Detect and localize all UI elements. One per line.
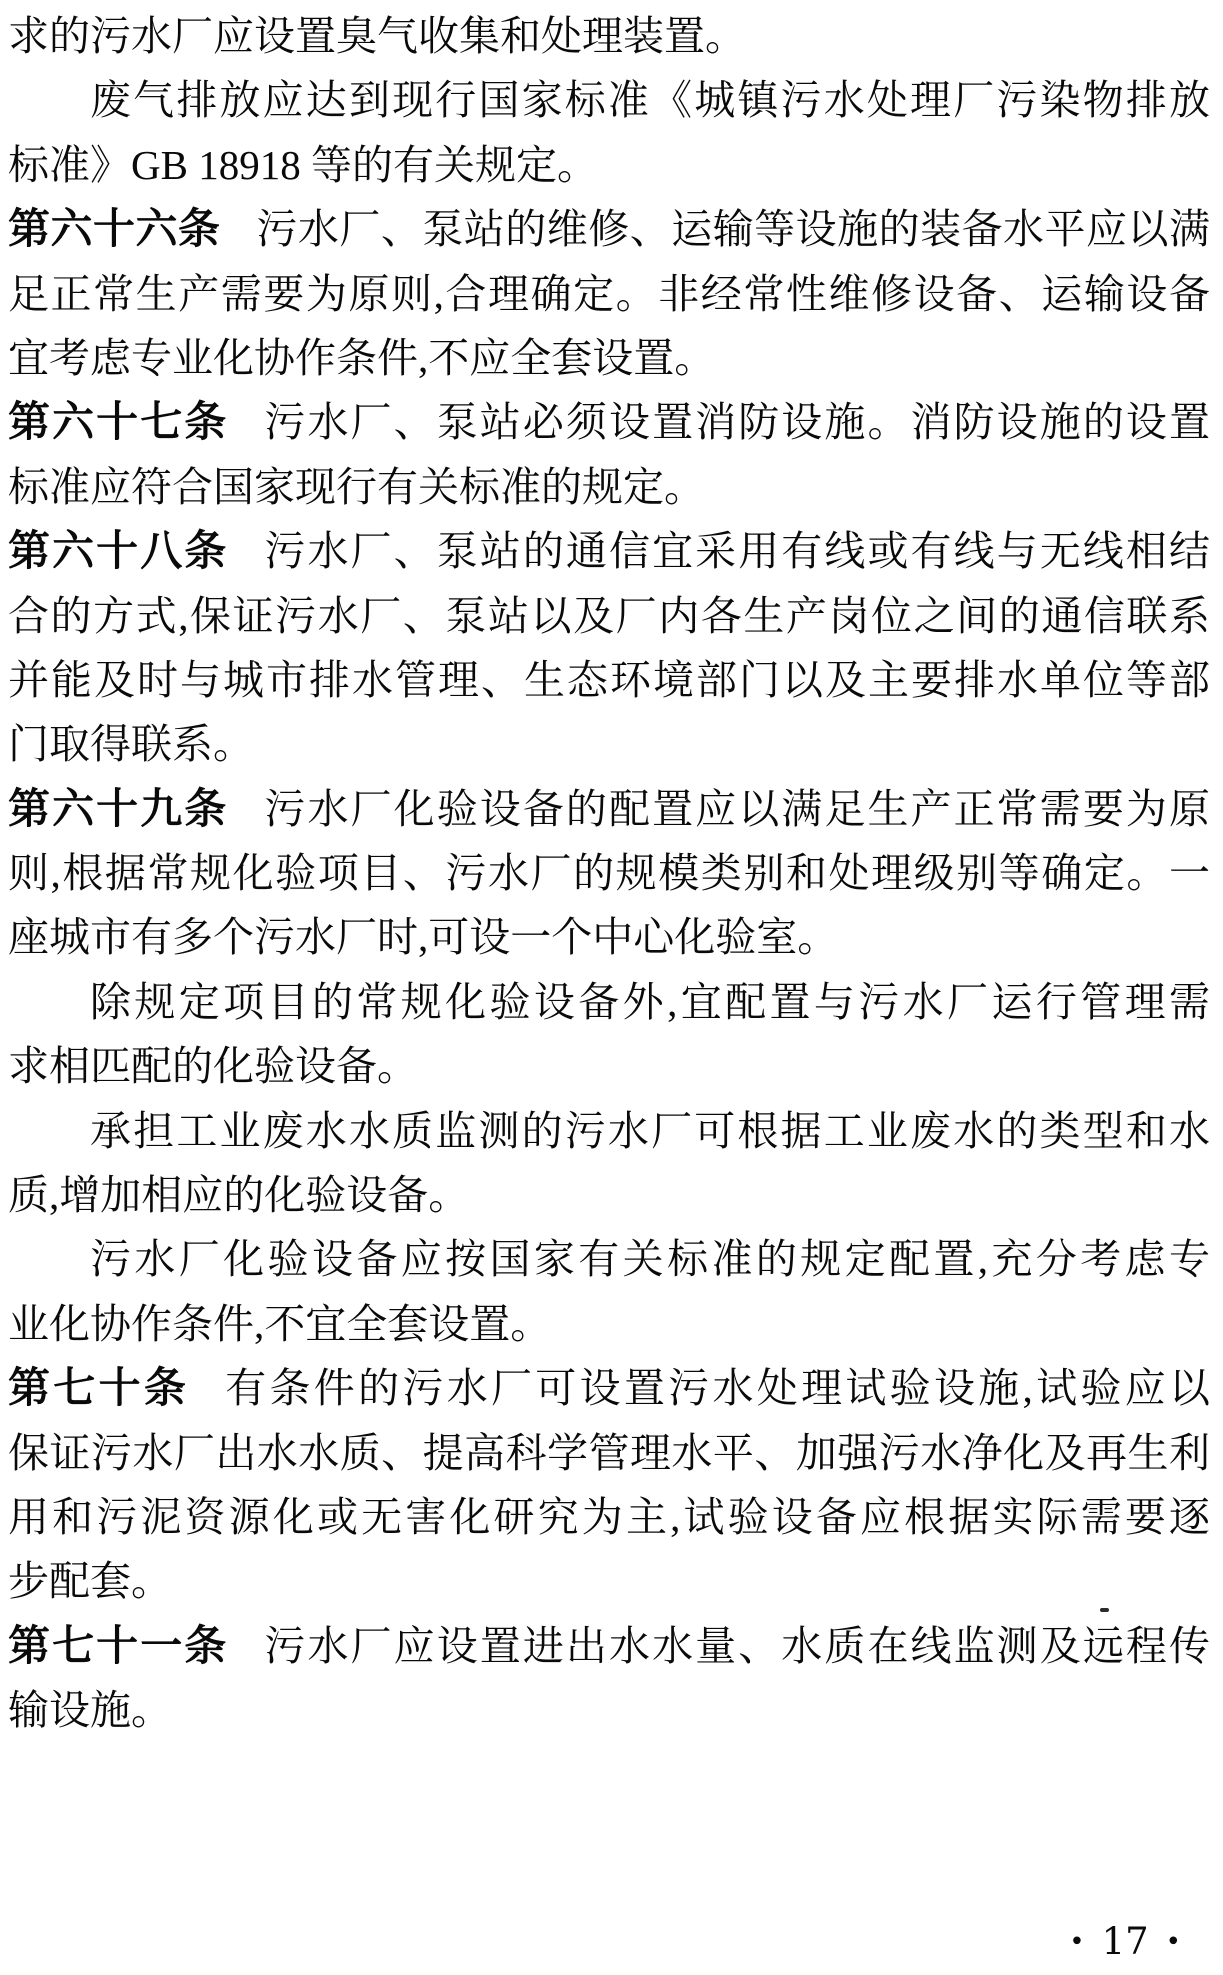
line-text: 求的污水厂应设置臭气收集和处理装置。 — [8, 13, 746, 59]
line-text: 合的方式,保证污水厂、泵站以及厂内各生产岗位之间的通信联系 — [8, 593, 1210, 639]
text-line: 求的污水厂应设置臭气收集和处理装置。 — [8, 4, 1210, 68]
line-text: 污水厂、泵站必须设置消防设施。消防设施的设置 — [264, 399, 1210, 445]
line-text: 保证污水厂出水水质、提高科学管理水平、加强污水净化及再生利 — [8, 1430, 1210, 1476]
article-line: 第七十条有条件的污水厂可设置污水处理试验设施,试验应以 — [8, 1356, 1210, 1420]
text-line: 污水厂化验设备应按国家有关标准的规定配置,充分考虑专 — [8, 1227, 1210, 1291]
article-line: 第六十九条污水厂化验设备的配置应以满足生产正常需要为原 — [8, 777, 1210, 841]
line-text: 废气排放应达到现行国家标准《城镇污水处理厂污染物排放 — [90, 77, 1210, 123]
line-text: 污水厂、泵站的通信宜采用有线或有线与无线相结 — [264, 528, 1210, 574]
text-line: 合的方式,保证污水厂、泵站以及厂内各生产岗位之间的通信联系 — [8, 584, 1210, 648]
article-number: 第七十条 — [8, 1364, 189, 1411]
line-text: 足正常生产需要为原则,合理确定。非经常性维修设备、运输设备 — [8, 271, 1210, 317]
article-line: 第六十八条污水厂、泵站的通信宜采用有线或有线与无线相结 — [8, 519, 1210, 583]
line-text: 输设施。 — [8, 1687, 172, 1733]
text-lines: 求的污水厂应设置臭气收集和处理装置。废气排放应达到现行国家标准《城镇污水处理厂污… — [8, 4, 1210, 1743]
line-text: 质,增加相应的化验设备。 — [8, 1172, 469, 1218]
line-text: 污水厂、泵站的维修、运输等设施的装备水平应以满 — [256, 206, 1210, 252]
page-footer: • 17 • — [1069, 1922, 1181, 1962]
text-line: 门取得联系。 — [8, 712, 1210, 776]
line-text: 业化协作条件,不宜全套设置。 — [8, 1301, 551, 1347]
line-text: 宜考虑专业化协作条件,不应全套设置。 — [8, 335, 715, 381]
line-text: 污水厂化验设备应按国家有关标准的规定配置,充分考虑专 — [90, 1236, 1210, 1282]
text-line: 则,根据常规化验项目、污水厂的规模类别和处理级别等确定。一 — [8, 841, 1210, 905]
text-line: 废气排放应达到现行国家标准《城镇污水处理厂污染物排放 — [8, 68, 1210, 132]
article-line: 第七十一条污水厂应设置进出水水量、水质在线监测及远程传 — [8, 1614, 1210, 1678]
text-line: 承担工业废水水质监测的污水厂可根据工业废水的类型和水 — [8, 1099, 1210, 1163]
article-line: 第六十七条污水厂、泵站必须设置消防设施。消防设施的设置 — [8, 390, 1210, 454]
line-text: 除规定项目的常规化验设备外,宜配置与污水厂运行管理需 — [90, 979, 1210, 1025]
line-text: 座城市有多个污水厂时,可设一个中心化验室。 — [8, 914, 838, 960]
article-number: 第六十六条 — [8, 205, 220, 252]
article-number: 第六十七条 — [8, 398, 228, 445]
line-text: 污水厂化验设备的配置应以满足生产正常需要为原 — [264, 786, 1210, 832]
text-line: 并能及时与城市排水管理、生态环境部门以及主要排水单位等部 — [8, 648, 1210, 712]
scan-artifact-mark — [1100, 1608, 1109, 1612]
line-text: 门取得联系。 — [8, 721, 254, 767]
text-line: 用和污泥资源化或无害化研究为主,试验设备应根据实际需要逐 — [8, 1485, 1210, 1549]
line-text: 用和污泥资源化或无害化研究为主,试验设备应根据实际需要逐 — [8, 1494, 1210, 1540]
line-text: 并能及时与城市排水管理、生态环境部门以及主要排水单位等部 — [8, 657, 1210, 703]
text-line: 业化协作条件,不宜全套设置。 — [8, 1292, 1210, 1356]
article-number: 第六十八条 — [8, 527, 228, 574]
text-line: 输设施。 — [8, 1678, 1210, 1742]
text-line: 标准》GB 18918 等的有关规定。 — [8, 133, 1210, 197]
line-text: 污水厂应设置进出水水量、水质在线监测及远程传 — [264, 1623, 1210, 1669]
text-line: 标准应符合国家现行有关标准的规定。 — [8, 455, 1210, 519]
line-text: 标准》GB 18918 等的有关规定。 — [8, 142, 598, 188]
line-text: 求相匹配的化验设备。 — [8, 1043, 418, 1089]
page-number: 17 — [1102, 1922, 1149, 1962]
line-text: 步配套。 — [8, 1558, 172, 1604]
footer-left-dot: • — [1069, 1922, 1084, 1962]
text-line: 保证污水厂出水水质、提高科学管理水平、加强污水净化及再生利 — [8, 1421, 1210, 1485]
text-line: 质,增加相应的化验设备。 — [8, 1163, 1210, 1227]
text-line: 步配套。 — [8, 1549, 1210, 1613]
footer-right-dot: • — [1166, 1922, 1181, 1962]
line-text: 承担工业废水水质监测的污水厂可根据工业废水的类型和水 — [90, 1108, 1210, 1154]
document-page: 求的污水厂应设置臭气收集和处理装置。废气排放应达到现行国家标准《城镇污水处理厂污… — [0, 0, 1223, 1975]
text-line: 座城市有多个污水厂时,可设一个中心化验室。 — [8, 905, 1210, 969]
line-text: 则,根据常规化验项目、污水厂的规模类别和处理级别等确定。一 — [8, 850, 1210, 896]
article-number: 第六十九条 — [8, 785, 228, 832]
text-line: 足正常生产需要为原则,合理确定。非经常性维修设备、运输设备 — [8, 262, 1210, 326]
text-line: 宜考虑专业化协作条件,不应全套设置。 — [8, 326, 1210, 390]
article-line: 第六十六条污水厂、泵站的维修、运输等设施的装备水平应以满 — [8, 197, 1210, 261]
text-line: 求相匹配的化验设备。 — [8, 1034, 1210, 1098]
text-line: 除规定项目的常规化验设备外,宜配置与污水厂运行管理需 — [8, 970, 1210, 1034]
line-text: 有条件的污水厂可设置污水处理试验设施,试验应以 — [225, 1365, 1210, 1411]
line-text: 标准应符合国家现行有关标准的规定。 — [8, 464, 705, 510]
article-number: 第七十一条 — [8, 1622, 228, 1669]
